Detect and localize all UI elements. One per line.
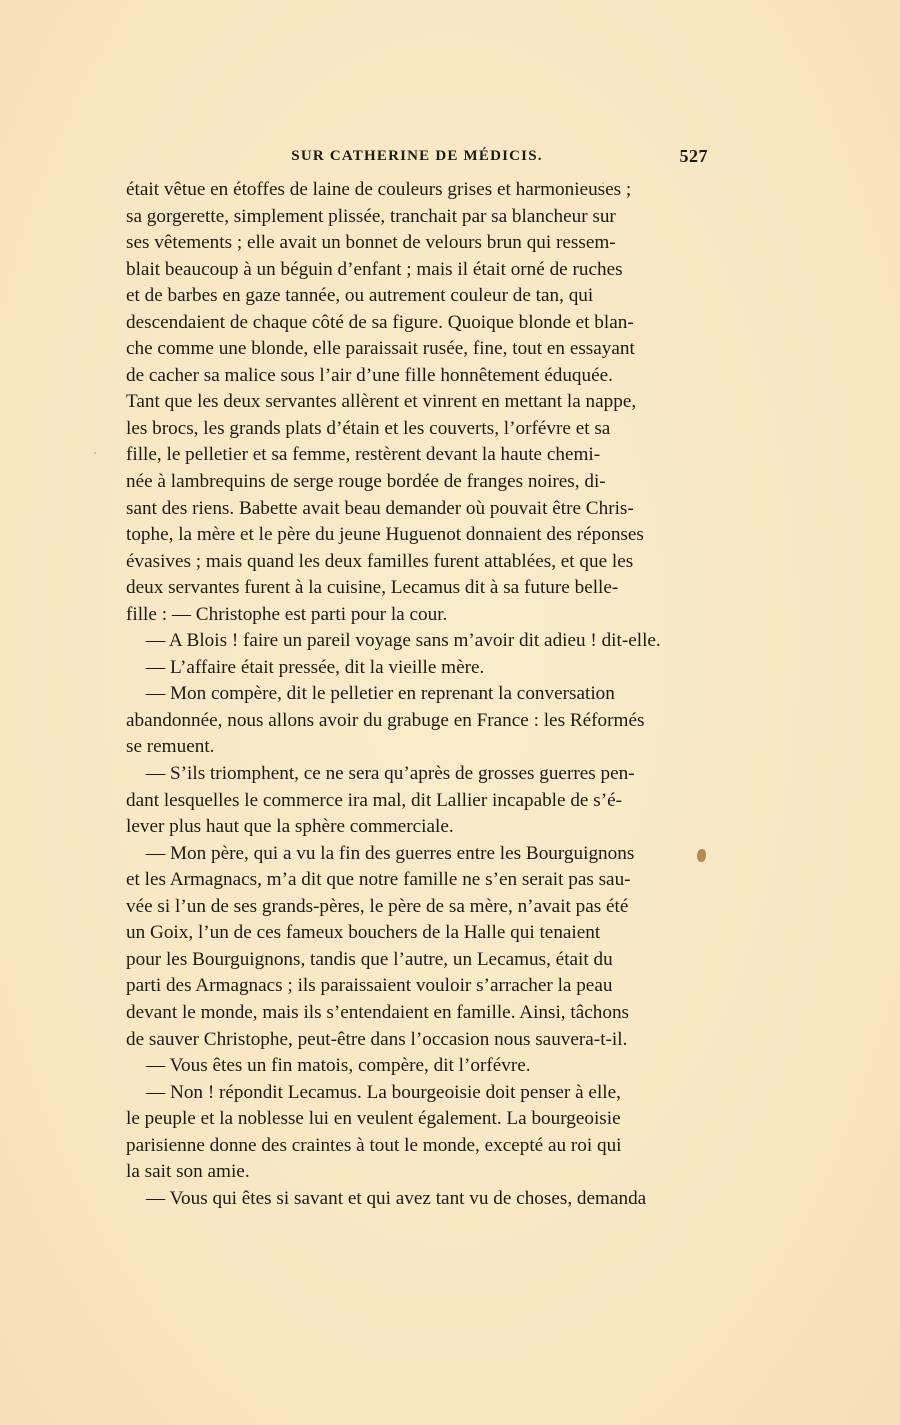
text-line: née à lambrequins de serge rouge bordée …: [126, 469, 706, 496]
text-line: Tant que les deux servantes allèrent et …: [126, 389, 706, 416]
text-line: dant lesquelles le commerce ira mal, dit…: [126, 788, 706, 815]
text-line: blait beaucoup à un béguin d’enfant ; ma…: [126, 257, 706, 284]
text-line: deux servantes furent à la cuisine, Leca…: [126, 575, 706, 602]
text-line: — S’ils triomphent, ce ne sera qu’après …: [126, 761, 706, 788]
text-line: descendaient de chaque côté de sa figure…: [126, 310, 706, 337]
text-line: devant le monde, mais ils s’entendaient …: [126, 1000, 706, 1027]
text-line: parisienne donne des craintes à tout le …: [126, 1133, 706, 1160]
text-line: tophe, la mère et le père du jeune Hugue…: [126, 522, 706, 549]
text-line: le peuple et la noblesse lui en veulent …: [126, 1106, 706, 1133]
text-line: — L’affaire était pressée, dit la vieill…: [126, 655, 706, 682]
text-line: — Mon père, qui a vu la fin des guerres …: [126, 841, 706, 868]
text-line: — Vous êtes un fin matois, compère, dit …: [126, 1053, 706, 1080]
text-line: un Goix, l’un de ces fameux bouchers de …: [126, 920, 706, 947]
text-line: sa gorgerette, simplement plissée, tranc…: [126, 204, 706, 231]
text-line: vée si l’un de ses grands-pères, le père…: [126, 894, 706, 921]
paragraph: — S’ils triomphent, ce ne sera qu’après …: [126, 761, 706, 841]
text-line: fille, le pelletier et sa femme, restère…: [126, 442, 706, 469]
paragraph: — Mon compère, dit le pelletier en repre…: [126, 681, 706, 761]
text-line: évasives ; mais quand les deux familles …: [126, 549, 706, 576]
text-line: de cacher sa malice sous l’air d’une fil…: [126, 363, 706, 390]
text-line: parti des Armagnacs ; ils paraissaient v…: [126, 973, 706, 1000]
text-line: fille : — Christophe est parti pour la c…: [126, 602, 706, 629]
text-line: che comme une blonde, elle paraissait ru…: [126, 336, 706, 363]
running-title: SUR CATHERINE DE MÉDICIS.: [126, 148, 708, 165]
text-line: se remuent.: [126, 734, 706, 761]
paragraph: — Non ! répondit Lecamus. La bourgeoisie…: [126, 1080, 706, 1186]
text-line: pour les Bourguignons, tandis que l’autr…: [126, 947, 706, 974]
text-line: lever plus haut que la sphère commercial…: [126, 814, 706, 841]
paragraph: — L’affaire était pressée, dit la vieill…: [126, 655, 706, 682]
paragraph: — Vous êtes un fin matois, compère, dit …: [126, 1053, 706, 1080]
text-line: les brocs, les grands plats d’étain et l…: [126, 416, 706, 443]
ink-stain: [697, 849, 706, 862]
text-line: abandonnée, nous allons avoir du grabuge…: [126, 708, 706, 735]
text-line: la sait son amie.: [126, 1159, 706, 1186]
text-line: — Mon compère, dit le pelletier en repre…: [126, 681, 706, 708]
text-line: était vêtue en étoffes de laine de coule…: [126, 177, 706, 204]
paragraph: — A Blois ! faire un pareil voyage sans …: [126, 628, 706, 655]
text-line: — Vous qui êtes si savant et qui avez ta…: [126, 1186, 706, 1213]
book-page: SUR CATHERINE DE MÉDICIS. 527 était vêtu…: [0, 0, 900, 1425]
text-line: ses vêtements ; elle avait un bonnet de …: [126, 230, 706, 257]
paper-speck: [602, 182, 604, 184]
text-line: sant des riens. Babette avait beau deman…: [126, 496, 706, 523]
paragraph: — Vous qui êtes si savant et qui avez ta…: [126, 1186, 706, 1213]
paragraph: — Mon père, qui a vu la fin des guerres …: [126, 841, 706, 1053]
text-line: et les Armagnacs, m’a dit que notre fami…: [126, 867, 706, 894]
running-header: SUR CATHERINE DE MÉDICIS. 527: [126, 146, 708, 168]
paper-speck: [94, 452, 96, 454]
text-line: — A Blois ! faire un pareil voyage sans …: [126, 628, 706, 655]
text-line: — Non ! répondit Lecamus. La bourgeoisie…: [126, 1080, 706, 1107]
text-line: et de barbes en gaze tannée, ou autremen…: [126, 283, 706, 310]
paragraph: était vêtue en étoffes de laine de coule…: [126, 177, 706, 628]
text-line: de sauver Christophe, peut-être dans l’o…: [126, 1027, 706, 1054]
body-text: était vêtue en étoffes de laine de coule…: [126, 177, 706, 1212]
page-number: 527: [680, 146, 709, 167]
